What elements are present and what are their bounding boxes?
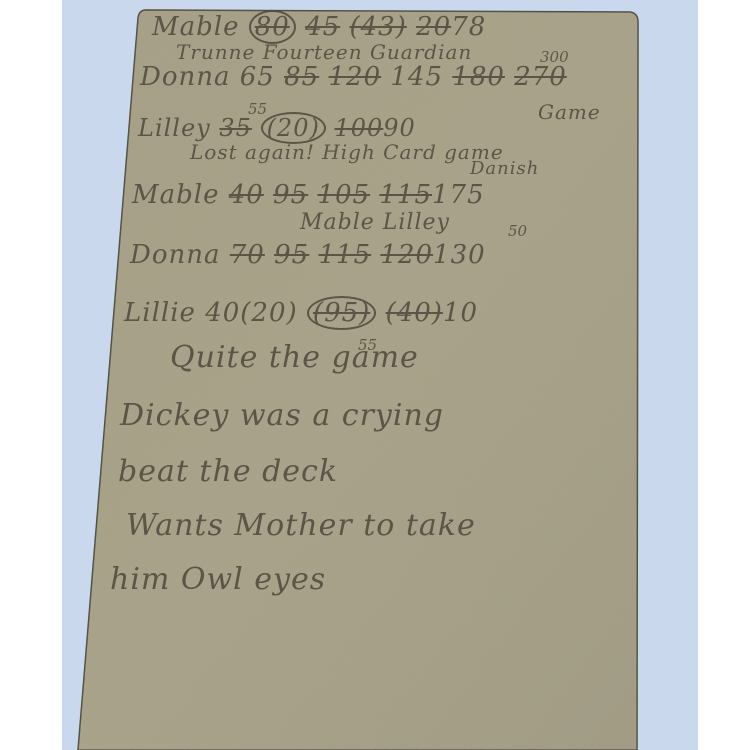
score: (40) bbox=[386, 298, 443, 328]
score: 40 bbox=[205, 298, 240, 328]
note-line: Mable Lilley bbox=[300, 210, 450, 235]
score: 115 bbox=[318, 240, 371, 270]
player-name: Donna bbox=[140, 62, 231, 92]
score: 70 bbox=[230, 240, 265, 270]
score: 175 bbox=[432, 180, 485, 210]
player-name: Lilley bbox=[138, 114, 211, 142]
score: 45 bbox=[305, 12, 340, 42]
score-row-lilley-1: Lilley 35 (20) 10090 bbox=[138, 114, 416, 142]
player-name: Mable bbox=[152, 12, 239, 42]
score: 80 bbox=[249, 10, 296, 44]
score-row-donna-2: Donna 70 95 115 120130 bbox=[130, 240, 486, 270]
note-line: beat the deck bbox=[118, 454, 338, 489]
score: 20 bbox=[416, 12, 451, 42]
note-line: him Owl eyes bbox=[110, 562, 326, 597]
score: 40 bbox=[229, 180, 264, 210]
handwritten-score-card: Mable 80 45 (43) 2078 Trunne Fourteen Gu… bbox=[0, 0, 750, 750]
note-game: Game bbox=[538, 100, 601, 124]
score: (20) bbox=[240, 298, 297, 328]
score: (95) bbox=[307, 296, 376, 330]
note-line: Wants Mother to take bbox=[126, 508, 476, 543]
score: 10 bbox=[443, 298, 478, 328]
score-annotation: 50 bbox=[508, 222, 527, 240]
score: 95 bbox=[273, 180, 308, 210]
score: 95 bbox=[274, 240, 309, 270]
player-name: Donna bbox=[130, 240, 221, 270]
score-row-donna-1: Donna 65 85 120 145 180 270 bbox=[140, 62, 567, 92]
score: 90 bbox=[383, 114, 416, 142]
player-name: Lillie bbox=[124, 298, 196, 328]
score: 120 bbox=[328, 62, 381, 92]
score: 78 bbox=[451, 12, 486, 42]
score-row-mable-2: Mable 40 95 105 115175 bbox=[132, 180, 485, 210]
score: 130 bbox=[433, 240, 486, 270]
note-line: Danish bbox=[470, 158, 539, 179]
note-line: Trunne Fourteen Guardian bbox=[176, 40, 472, 64]
score: 115 bbox=[379, 180, 432, 210]
note-line: Dickey was a crying bbox=[120, 398, 444, 433]
score: 145 bbox=[390, 62, 443, 92]
player-name: Mable bbox=[132, 180, 219, 210]
score-row-lilley-2: Lillie 40(20) (95) (40)10 bbox=[124, 298, 478, 328]
score: 180 bbox=[452, 62, 505, 92]
score: 35 bbox=[219, 114, 252, 142]
score: 270 bbox=[514, 62, 567, 92]
score: 85 bbox=[284, 62, 319, 92]
score: 65 bbox=[240, 62, 275, 92]
score: (43) bbox=[349, 12, 406, 42]
score-row-mable-1: Mable 80 45 (43) 2078 bbox=[152, 12, 486, 42]
score: 120 bbox=[380, 240, 433, 270]
score: 100 bbox=[334, 114, 383, 142]
score: 105 bbox=[317, 180, 370, 210]
card-paper-shape bbox=[0, 0, 750, 750]
note-line: Quite the game bbox=[170, 340, 419, 375]
note-line: Lost again! High Card game bbox=[190, 140, 504, 164]
